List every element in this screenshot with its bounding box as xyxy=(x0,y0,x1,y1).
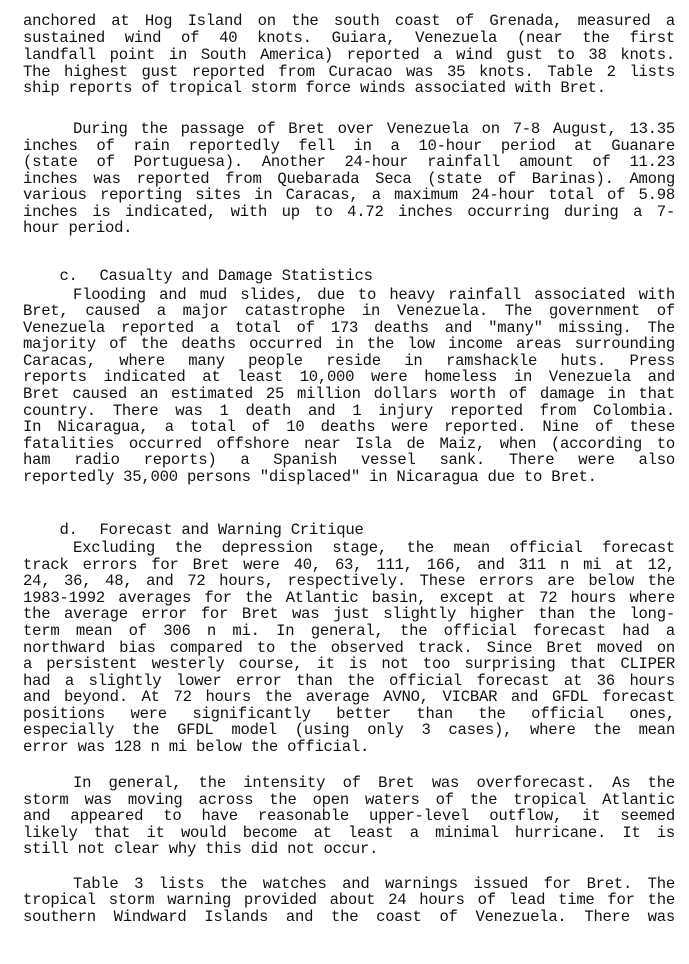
text-line: positions were significantly better than… xyxy=(23,706,675,722)
text-line: In general, the intensity of Bret was ov… xyxy=(73,775,675,791)
text-line: majority of the deaths occurred in the l… xyxy=(23,336,675,352)
text-line: a persistent westerly course, it is not … xyxy=(23,656,675,672)
text-line: and appeared to have reasonable upper-le… xyxy=(23,808,675,824)
text-line: Bret caused an estimated 25 million doll… xyxy=(23,386,675,402)
text-line: the average error for Bret was just slig… xyxy=(23,606,675,622)
text-line: Excluding the depression stage, the mean… xyxy=(73,540,675,556)
text-line: landfall point in South America) reporte… xyxy=(23,47,675,63)
text-line: Flooding and mud slides, due to heavy ra… xyxy=(73,287,675,303)
text-line: especially the GFDL model (using only 3 … xyxy=(23,722,675,738)
text-line: various reporting sites in Caracas, a ma… xyxy=(23,187,675,203)
text-line: hour period. xyxy=(23,220,675,236)
text-line: 1983-1992 averages for the Atlantic basi… xyxy=(23,590,675,606)
section-title: Casualty and Damage Statistics xyxy=(99,267,372,285)
text-line: inches was reported from Quebarada Seca … xyxy=(23,171,675,187)
text-line: Table 3 lists the watches and warnings i… xyxy=(73,876,675,892)
text-line: 24, 36, 48, and 72 hours, respectively. … xyxy=(23,573,675,589)
text-line: had a slightly lower error than the offi… xyxy=(23,673,675,689)
text-line: ham radio reports) a Spanish vessel sank… xyxy=(23,452,675,468)
text-line: During the passage of Bret over Venezuel… xyxy=(73,121,675,137)
text-line: tropical storm warning provided about 24… xyxy=(23,892,675,908)
text-line: (state of Portuguesa). Another 24-hour r… xyxy=(23,154,675,170)
text-line: Venezuela reported a total of 173 deaths… xyxy=(23,320,675,336)
section-letter: d. xyxy=(59,522,99,538)
text-line: ship reports of tropical storm force win… xyxy=(23,80,675,96)
text-line: sustained wind of 40 knots. Guiara, Vene… xyxy=(23,30,675,46)
text-line: Caracas, where many people reside in ram… xyxy=(23,353,675,369)
text-line: track errors for Bret were 40, 63, 111, … xyxy=(23,557,675,573)
text-line: northward bias compared to the observed … xyxy=(23,640,675,656)
document-page: anchored at Hog Island on the south coas… xyxy=(0,0,689,964)
text-line: country. There was 1 death and 1 injury … xyxy=(23,403,675,419)
text-line: The highest gust reported from Curacao w… xyxy=(23,64,675,80)
text-line: fatalities occurred offshore near Isla d… xyxy=(23,436,675,452)
text-line: reports indicated at least 10,000 were h… xyxy=(23,369,675,385)
text-line: and beyond. At 72 hours the average AVNO… xyxy=(23,689,675,705)
text-line: anchored at Hog Island on the south coas… xyxy=(23,13,675,29)
text-line: inches is indicated, with up to 4.72 inc… xyxy=(23,204,675,220)
text-line: inches of rain reportedly fell in a 10-h… xyxy=(23,138,675,154)
section-letter: c. xyxy=(59,268,99,284)
text-line: reportedly 35,000 persons "displaced" in… xyxy=(23,469,675,485)
text-line: Bret, caused a major catastrophe in Vene… xyxy=(23,303,675,319)
text-line: still not clear why this did not occur. xyxy=(23,841,675,857)
section-title: Forecast and Warning Critique xyxy=(99,521,363,539)
text-line: term mean of 306 n mi. In general, the o… xyxy=(23,623,675,639)
text-line: likely that it would become at least a m… xyxy=(23,825,675,841)
text-line: storm was moving across the open waters … xyxy=(23,792,675,808)
text-line: In Nicaragua, a total of 10 deaths were … xyxy=(23,419,675,435)
text-line: error was 128 n mi below the official. xyxy=(23,739,675,755)
text-line: southern Windward Islands and the coast … xyxy=(23,909,675,925)
